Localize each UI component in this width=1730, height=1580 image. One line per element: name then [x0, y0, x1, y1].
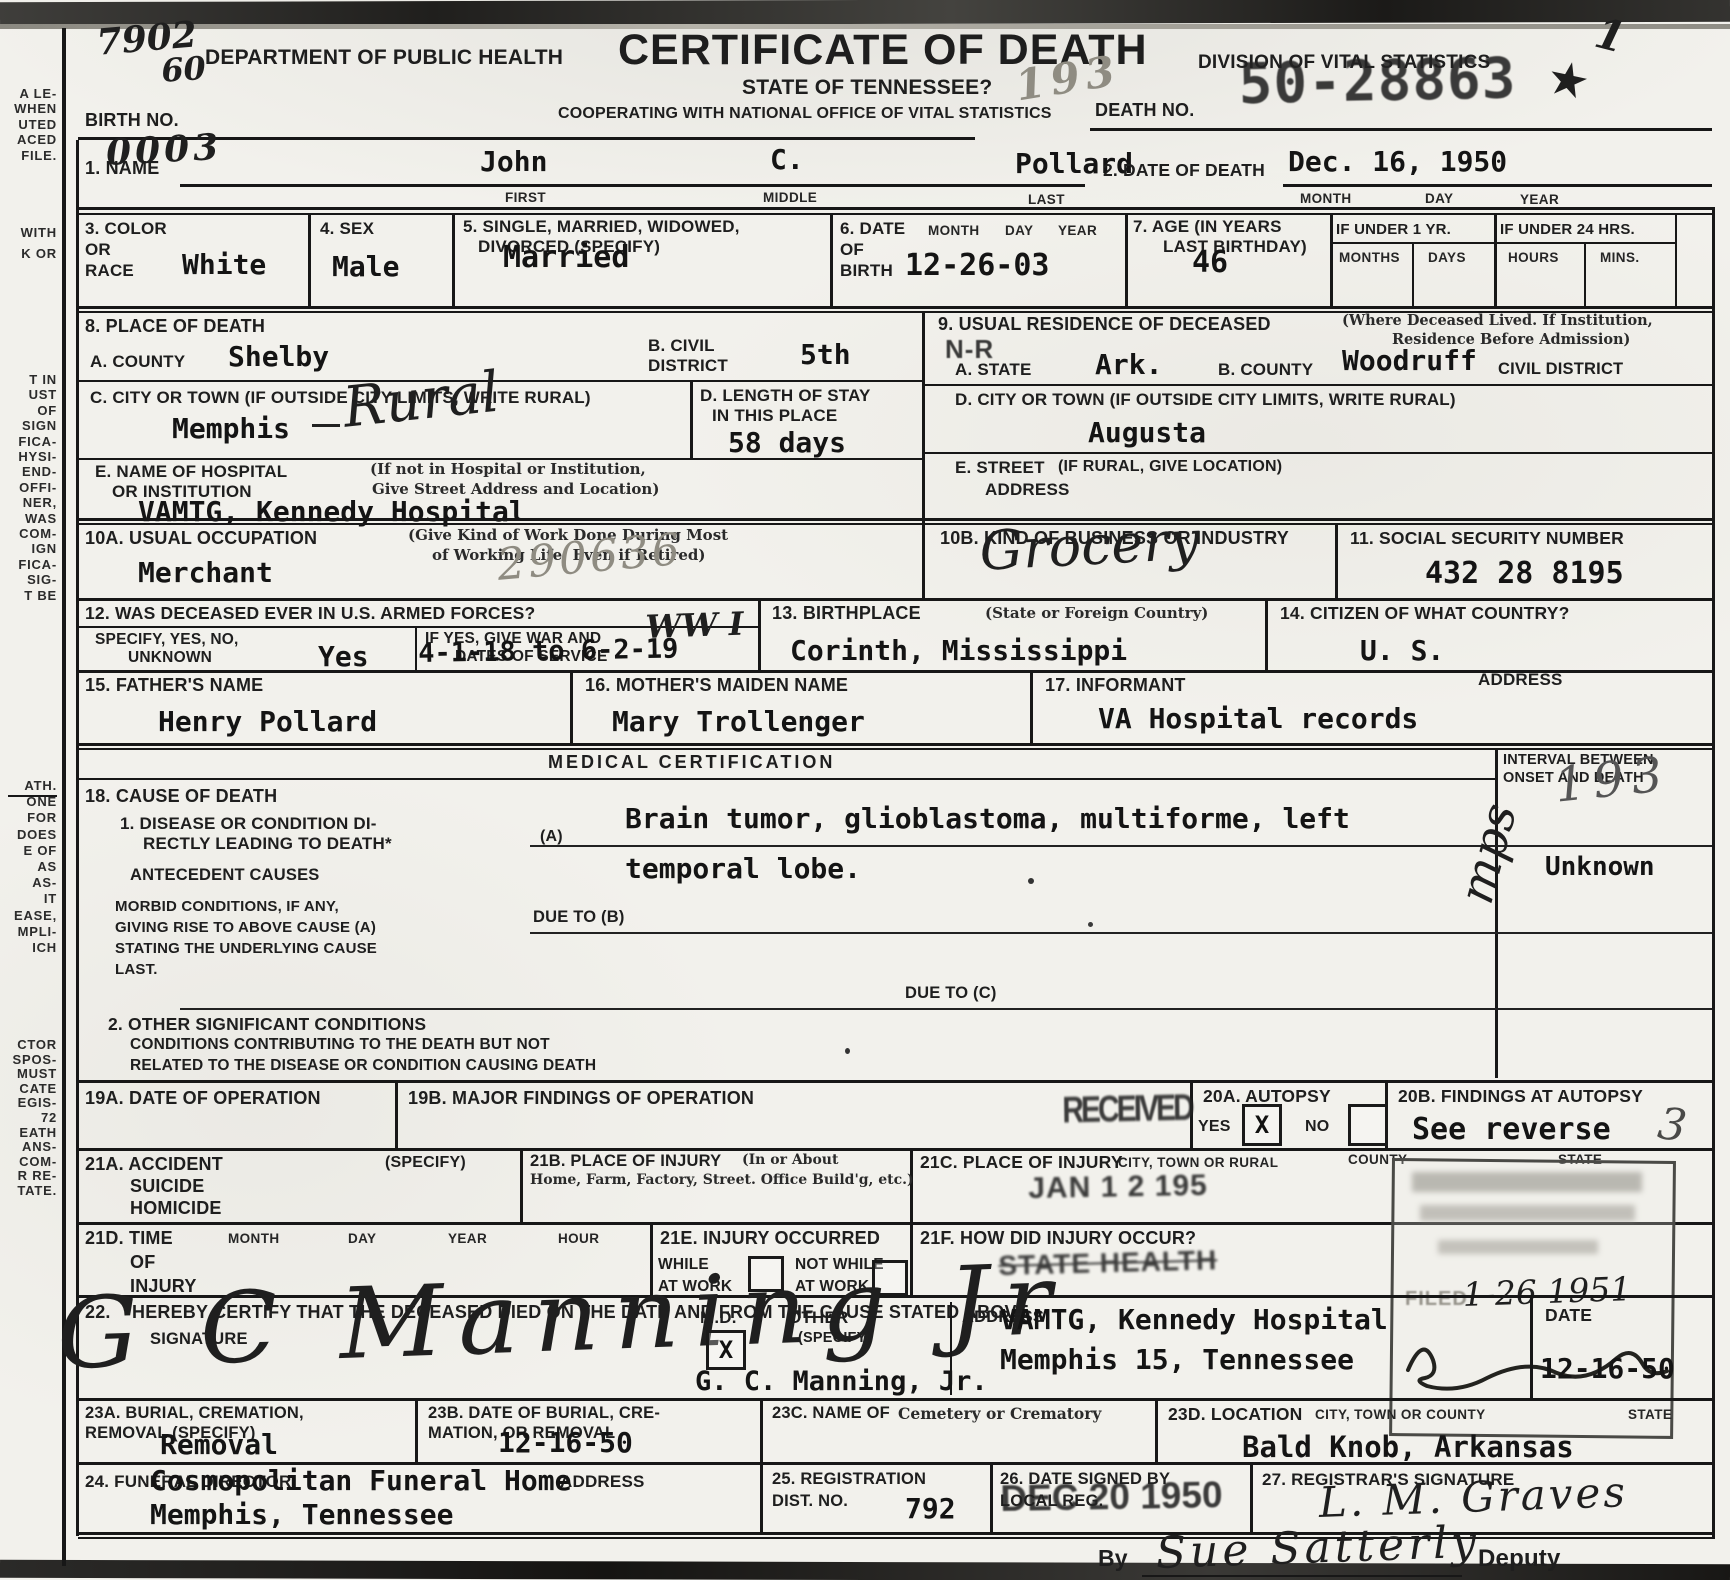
divider	[1250, 1462, 1253, 1532]
divider	[1335, 523, 1338, 598]
divider	[1265, 598, 1268, 670]
divider	[1584, 242, 1586, 306]
divider	[78, 778, 1495, 780]
margin-fragment: ATH.	[0, 778, 57, 794]
race-label: 3. COLOR	[85, 219, 167, 239]
last-sublabel: LAST	[1028, 192, 1065, 208]
death-no-stamp: 50-28863	[1238, 46, 1517, 117]
divider	[922, 311, 925, 600]
residence-city-value: Augusta	[1088, 416, 1206, 449]
accident-label: 21A. ACCIDENT	[85, 1154, 223, 1175]
birth-year-sublabel: YEAR	[1058, 223, 1097, 239]
age-label: 7. AGE (IN YEARS	[1133, 217, 1282, 237]
divider	[78, 670, 1715, 673]
divider	[452, 213, 455, 306]
morbid-label2: GIVING RISE TO ABOVE CAUSE (A)	[115, 919, 376, 936]
md-label: M.D.	[700, 1308, 737, 1328]
morbid-label4: LAST.	[115, 961, 158, 978]
divider	[760, 1398, 763, 1462]
residence-county-value: Woodruff	[1342, 344, 1477, 377]
other-conditions-label: 2. OTHER SIGNIFICANT CONDITIONS	[108, 1014, 426, 1034]
day-sublabel: DAY	[1425, 191, 1453, 207]
armed-forces-specify-label: SPECIFY, YES, NO,	[95, 631, 239, 649]
divider	[395, 1080, 398, 1148]
months-sublabel: MONTHS	[1339, 250, 1400, 266]
death-no-underline	[1090, 128, 1712, 131]
divider	[922, 452, 1712, 454]
margin-fragment: DOES	[0, 827, 57, 843]
birth-month-sublabel: MONTH	[928, 223, 980, 239]
handwritten-60: 60	[160, 49, 207, 90]
mins-sublabel: MINS.	[1600, 250, 1640, 266]
civil-district-value: 5th	[800, 338, 851, 371]
divider	[1530, 1295, 1533, 1398]
injury-day-sublabel: DAY	[348, 1231, 376, 1247]
margin-fragment: NER,	[0, 495, 57, 510]
armed-forces-value: Yes	[318, 640, 369, 673]
age-label2: LAST BIRTHDAY)	[1163, 237, 1307, 257]
divider	[78, 748, 1715, 750]
under-24hr-label: IF UNDER 24 HRS.	[1500, 221, 1635, 238]
form-right-border	[1712, 207, 1715, 1537]
age-value: 46	[1192, 245, 1228, 280]
divider	[760, 1462, 763, 1532]
margin-notes-group-5: CTORSPOS-MUSTCATEEGIS-72EATHANS-COM-R RE…	[0, 1038, 57, 1199]
margin-fragment: FICA-	[0, 434, 57, 449]
margin-fragment: FICA-	[0, 557, 57, 572]
divider	[78, 1148, 1715, 1151]
margin-fragment: SIGN	[0, 418, 57, 433]
city-rural-handwritten: Rural	[340, 360, 502, 441]
disease-label: 1. DISEASE OR CONDITION DI-	[120, 814, 377, 834]
jan12-stamp: JAN 1 2 195	[1028, 1169, 1208, 1206]
ssn-value: 432 28 8195	[1425, 556, 1624, 591]
mother-value: Mary Trollenger	[612, 705, 865, 738]
morbid-label1: MORBID CONDITIONS, IF ANY,	[115, 898, 339, 915]
suicide-label: SUICIDE	[130, 1176, 204, 1197]
margin-fragment: ICH	[0, 940, 57, 956]
divider	[78, 213, 1715, 215]
place-of-death-label: 8. PLACE OF DEATH	[85, 316, 265, 337]
birth-date-value: 12-26-03	[905, 248, 1050, 283]
hospital-label: E. NAME OF HOSPITAL	[95, 462, 287, 482]
margin-fragment: MUST	[0, 1067, 57, 1082]
due-to-b-label: DUE TO (B)	[533, 908, 625, 927]
operation-date-label: 19A. DATE OF OPERATION	[85, 1088, 321, 1109]
location-value: Bald Knob, Arkansas	[1242, 1430, 1574, 1464]
received-stamp: RECEIVED	[1062, 1087, 1192, 1132]
street-note: (IF RURAL, GIVE LOCATION)	[1058, 458, 1282, 476]
month-sublabel: MONTH	[1300, 191, 1352, 207]
margin-fragment: IGN	[0, 541, 57, 556]
margin-fragment: T IN	[0, 372, 57, 387]
physician-typed-name: G. C. Manning, Jr.	[695, 1366, 988, 1397]
margin-fragment: FILE.	[0, 148, 57, 163]
due-to-c-underline	[180, 1008, 1712, 1010]
burial-date-label: 23B. DATE OF BURIAL, CRE-	[428, 1404, 660, 1423]
scan-speck	[1088, 922, 1093, 927]
margin-fragment: K OR	[0, 243, 57, 264]
industry-handwritten: Grocery	[978, 508, 1201, 582]
injury-hour-sublabel: HOUR	[558, 1231, 599, 1247]
autopsy-findings-label: 20B. FINDINGS AT AUTOPSY	[1398, 1086, 1643, 1106]
residence-city-label: D. CITY OR TOWN (IF OUTSIDE CITY LIMITS,…	[955, 390, 1456, 410]
divider	[1030, 670, 1033, 743]
injury-place-c-label: 21C. PLACE OF INJURY	[920, 1152, 1123, 1172]
margin-fragment: COM-	[0, 526, 57, 541]
certify-address-line2: Memphis 15, Tennessee	[1000, 1343, 1354, 1376]
operation-findings-label: 19B. MAJOR FINDINGS OF OPERATION	[408, 1088, 754, 1109]
informant-label: 17. INFORMANT	[1045, 675, 1186, 696]
autopsy-handwritten-3: 3	[1655, 1098, 1690, 1152]
death-no-label: DEATH NO.	[1095, 100, 1194, 121]
registration-dist-value: 792	[905, 1492, 956, 1525]
length-of-stay-value: 58 days	[728, 426, 846, 459]
date-of-death-underline	[1283, 184, 1712, 187]
cause-a-label: (A)	[540, 828, 563, 846]
department-heading: DEPARTMENT OF PUBLIC HEALTH	[205, 46, 563, 70]
interval-handwritten-193: 193	[1552, 746, 1673, 814]
informant-value: VA Hospital records	[1098, 702, 1418, 735]
margin-fragment: IT	[0, 891, 57, 907]
cause-line2: temporal lobe.	[625, 852, 861, 885]
divider	[1495, 748, 1498, 1078]
race-value: White	[182, 248, 266, 281]
margin-fragment: OF	[0, 403, 57, 418]
due-to-b-underline	[530, 932, 1712, 934]
divider	[950, 1302, 952, 1395]
divider	[1494, 213, 1497, 306]
certify-address-line1: VAMTG, Kennedy Hospital	[1000, 1303, 1388, 1336]
injury-month-sublabel: MONTH	[228, 1231, 280, 1247]
divider	[78, 1398, 1715, 1401]
margin-fragment: OFFI-	[0, 480, 57, 495]
due-to-c-label: DUE TO (C)	[905, 984, 997, 1003]
registration-dist-label: 25. REGISTRATION	[772, 1470, 926, 1489]
divider	[922, 384, 1712, 386]
length-of-stay-label2: IN THIS PLACE	[712, 406, 837, 426]
street-label2: ADDRESS	[985, 480, 1070, 500]
death-certificate-scan: A LE-WHENUTEDACEDFILE. WITHK OR T INUSTO…	[0, 0, 1730, 1580]
divider	[1675, 213, 1677, 306]
deputy-label: Deputy	[1478, 1545, 1561, 1573]
place-of-injury-label: 21B. PLACE OF INJURY	[530, 1152, 721, 1171]
scan-artifact-top	[0, 0, 1730, 26]
occupation-value: Merchant	[138, 556, 273, 589]
birth-day-sublabel: DAY	[1005, 223, 1033, 239]
cemetery-note: Cemetery or Crematory	[898, 1404, 1101, 1423]
margin-notes-group-1: A LE-WHENUTEDACEDFILE.	[0, 86, 57, 163]
divider	[78, 518, 1715, 521]
filed-stamp-smudge	[1420, 1205, 1635, 1221]
margin-fragment: A LE-	[0, 86, 57, 101]
other-specify-label: (SPECIFY)	[798, 1330, 872, 1347]
filed-label: FILED	[1405, 1288, 1468, 1311]
margin-fragment: FOR	[0, 810, 57, 826]
autopsy-no-label: NO	[1305, 1118, 1329, 1136]
year-sublabel: YEAR	[1520, 192, 1559, 208]
divider	[1125, 213, 1128, 306]
residence-state-value: Ark.	[1095, 348, 1162, 381]
cause-side-handwritten: mps	[1448, 798, 1528, 910]
autopsy-yes-checkbox: X	[1242, 1104, 1282, 1146]
civil-district-label2: DISTRICT	[648, 356, 728, 376]
name-underline	[180, 184, 1085, 187]
name-first-value: John	[480, 145, 547, 178]
location-state-sublabel: STATE	[1628, 1407, 1672, 1423]
place-of-injury-note2: Home, Farm, Factory, Street. Office Buil…	[530, 1172, 914, 1188]
margin-fragment: AS	[0, 859, 57, 875]
race-label3: RACE	[85, 261, 134, 281]
margin-fragment: WITH	[0, 222, 57, 243]
occupation-label: 10A. USUAL OCCUPATION	[85, 528, 317, 549]
residence-civil-label: CIVIL DISTRICT	[1498, 360, 1623, 379]
divider	[990, 1462, 993, 1532]
medical-certification-heading: MEDICAL CERTIFICATION	[548, 752, 835, 773]
county-label: A. COUNTY	[90, 352, 185, 372]
marital-value: Married	[503, 240, 629, 275]
marital-label: 5. SINGLE, MARRIED, WIDOWED,	[463, 217, 740, 237]
margin-fragment: EGIS-	[0, 1096, 57, 1111]
race-label2: OR	[85, 240, 111, 260]
margin-fragment: T BE	[0, 588, 57, 603]
injury-occurred-label: 21E. INJURY OCCURRED	[660, 1228, 880, 1249]
location-city-sublabel: CITY, TOWN OR COUNTY	[1315, 1407, 1486, 1423]
margin-fragment: UST	[0, 387, 57, 402]
divider	[78, 1080, 1715, 1083]
margin-fragment: E OF	[0, 843, 57, 859]
divider	[78, 380, 922, 382]
name-middle-value: C.	[770, 143, 804, 176]
autopsy-no-checkbox	[1348, 1104, 1388, 1146]
birth-date-label: 6. DATE	[840, 219, 905, 239]
name-label: 1. NAME	[85, 158, 159, 179]
street-label: E. STREET	[955, 458, 1045, 478]
citizen-value: U. S.	[1360, 634, 1444, 667]
date-of-death-label: 2. DATE OF DEATH	[1103, 160, 1265, 180]
divider	[1330, 213, 1333, 306]
divider	[78, 306, 1715, 309]
other-conditions-label3: RELATED TO THE DISEASE OR CONDITION CAUS…	[130, 1057, 596, 1075]
funeral-city-value: Memphis, Tennessee	[150, 1498, 453, 1531]
funeral-home-value: Cosmopolitan Funeral Home	[150, 1464, 571, 1497]
informant-address-label: ADDRESS	[1478, 670, 1563, 690]
divider	[1155, 1398, 1158, 1462]
by-label: By	[1098, 1545, 1128, 1571]
divider	[78, 523, 1715, 525]
divider	[690, 380, 693, 458]
war-dates-value: 4-1-18 to 6-2-19	[418, 633, 679, 669]
time-of-injury-label2: OF	[130, 1252, 155, 1273]
funeral-address-label: ADDRESS	[560, 1472, 645, 1492]
residence-label: 9. USUAL RESIDENCE OF DECEASED	[938, 314, 1271, 335]
margin-fragment: CATE	[0, 1082, 57, 1097]
margin-fragment: CTOR	[0, 1038, 57, 1053]
citizen-label: 14. CITIZEN OF WHAT COUNTRY?	[1280, 603, 1569, 623]
margin-fragment: MPLI-	[0, 924, 57, 940]
handwritten-dash	[312, 424, 340, 427]
days-sublabel: DAYS	[1428, 250, 1466, 266]
antecedent-label: ANTECEDENT CAUSES	[130, 866, 320, 885]
hospital-note: (If not in Hospital or Institution,	[370, 460, 646, 478]
margin-fragment: SPOS-	[0, 1053, 57, 1068]
divider	[78, 207, 1715, 210]
date-of-death-value: Dec. 16, 1950	[1288, 145, 1507, 178]
burial-label: 23A. BURIAL, CREMATION,	[85, 1404, 304, 1423]
armed-forces-label: 12. WAS DECEASED EVER IN U.S. ARMED FORC…	[85, 603, 535, 623]
morbid-label3: STATING THE UNDERLYING CAUSE	[115, 940, 377, 957]
city-value: Memphis	[172, 412, 290, 445]
margin-fragment: WHEN	[0, 101, 57, 116]
registration-dist-label2: DIST. NO.	[772, 1492, 848, 1511]
divider	[570, 670, 573, 743]
length-of-stay-label: D. LENGTH OF STAY	[700, 386, 871, 406]
cause-a-underline	[530, 845, 1712, 847]
margin-notes-group-3: T INUSTOFSIGNFICA-HYSI-END-OFFI-NER,WASC…	[0, 372, 57, 603]
cause-line1: Brain tumor, glioblastoma, multiforme, l…	[625, 802, 1350, 835]
certify-date-label: DATE	[1545, 1305, 1592, 1325]
margin-notes-group-2: WITHK OR	[0, 222, 57, 264]
margin-fragment: HYSI-	[0, 449, 57, 464]
interval-value: Unknown	[1545, 852, 1655, 882]
margin-fragment: WAS	[0, 511, 57, 526]
city-label: C. CITY OR TOWN (IF OUTSIDE CITY LIMITS,…	[90, 388, 591, 408]
disease-label2: RECTLY LEADING TO DEATH*	[143, 834, 392, 854]
first-sublabel: FIRST	[505, 190, 546, 206]
civil-district-label: B. CIVIL	[648, 336, 715, 356]
divider	[78, 743, 1715, 746]
margin-fragment: END-	[0, 464, 57, 479]
injury-year-sublabel: YEAR	[448, 1231, 487, 1247]
cooperating-line: COOPERATING WITH NATIONAL OFFICE OF VITA…	[558, 105, 1052, 123]
divider	[78, 598, 1715, 601]
margin-fragment: SIG-	[0, 572, 57, 587]
cemetery-label: 23C. NAME OF	[772, 1404, 890, 1423]
accident-specify-label: (SPECIFY)	[385, 1154, 466, 1172]
ssn-label: 11. SOCIAL SECURITY NUMBER	[1350, 528, 1624, 548]
sex-label: 4. SEX	[320, 219, 374, 239]
autopsy-findings-value: See reverse	[1412, 1112, 1611, 1147]
md-checkbox: X	[706, 1330, 746, 1370]
margin-fragment: 72	[0, 1111, 57, 1126]
margin-fragment: TATE.	[0, 1184, 57, 1199]
county-value: Shelby	[228, 340, 329, 373]
margin-fragment: AS-	[0, 875, 57, 891]
middle-sublabel: MIDDLE	[763, 190, 817, 206]
armed-forces-unknown-label: UNKNOWN	[128, 649, 212, 667]
divider	[1330, 242, 1675, 244]
divider	[830, 213, 833, 306]
birthplace-note: (State or Foreign Country)	[985, 604, 1208, 622]
time-of-injury-label: 21D. TIME	[85, 1228, 173, 1249]
sex-value: Male	[332, 250, 399, 283]
residence-state-label: A. STATE	[955, 360, 1032, 380]
mother-label: 16. MOTHER'S MAIDEN NAME	[585, 675, 848, 696]
state-line: STATE OF TENNESSEE?	[742, 76, 992, 100]
star-mark: ★	[1545, 52, 1592, 108]
father-value: Henry Pollard	[158, 705, 377, 738]
residence-county-label: B. COUNTY	[1218, 360, 1313, 380]
burial-value: Removal	[160, 1428, 278, 1461]
scan-speck	[845, 1048, 850, 1054]
certify-date-value: 12-16-50	[1540, 1352, 1675, 1385]
margin-notes-group-4: ATH.ONEFORDOESE OFASAS-ITEASE,MPLI-ICH	[0, 778, 57, 956]
dec-20-1950-stamp: DEC 20 1950	[1000, 1474, 1223, 1520]
divider	[415, 626, 417, 670]
homicide-label: HOMICIDE	[130, 1198, 222, 1219]
location-label: 23D. LOCATION	[1168, 1404, 1303, 1424]
birth-date-label2: OF	[840, 240, 864, 260]
residence-note: (Where Deceased Lived. If Institution,	[1342, 312, 1653, 329]
filed-stamp-smudge	[1438, 1240, 1598, 1254]
hours-sublabel: HOURS	[1508, 250, 1559, 266]
burial-date-value: 12-16-50	[498, 1426, 633, 1459]
divider	[758, 598, 761, 670]
cause-of-death-label: 18. CAUSE OF DEATH	[85, 786, 277, 807]
margin-fragment: EASE,	[0, 908, 57, 924]
divider	[520, 1148, 523, 1222]
margin-fragment: R RE-	[0, 1169, 57, 1184]
birthplace-value: Corinth, Mississippi	[790, 634, 1127, 667]
birth-date-label3: BIRTH	[840, 261, 893, 281]
divider	[1412, 242, 1414, 306]
father-label: 15. FATHER'S NAME	[85, 675, 263, 696]
margin-fragment: COM-	[0, 1155, 57, 1170]
scan-speck	[1028, 878, 1034, 884]
deputy-signature-underline	[1142, 1575, 1462, 1577]
margin-fragment: EATH	[0, 1126, 57, 1141]
autopsy-yes-label: YES	[1198, 1118, 1231, 1136]
birthplace-label: 13. BIRTHPLACE	[772, 603, 921, 624]
birth-no-label: BIRTH NO.	[85, 110, 179, 131]
margin-fragment: ACED	[0, 132, 57, 147]
under-1yr-label: IF UNDER 1 YR.	[1336, 221, 1451, 238]
other-label: OTHER	[788, 1308, 849, 1328]
place-of-injury-note: (In or About	[742, 1152, 838, 1168]
filed-stamp-smudge	[1412, 1172, 1642, 1192]
divider	[308, 213, 311, 306]
margin-rule	[8, 795, 57, 797]
divider	[415, 1398, 418, 1462]
margin-fragment: UTED	[0, 117, 57, 132]
margin-fragment: ANS-	[0, 1140, 57, 1155]
other-conditions-label2: CONDITIONS CONTRIBUTING TO THE DEATH BUT…	[130, 1036, 550, 1054]
